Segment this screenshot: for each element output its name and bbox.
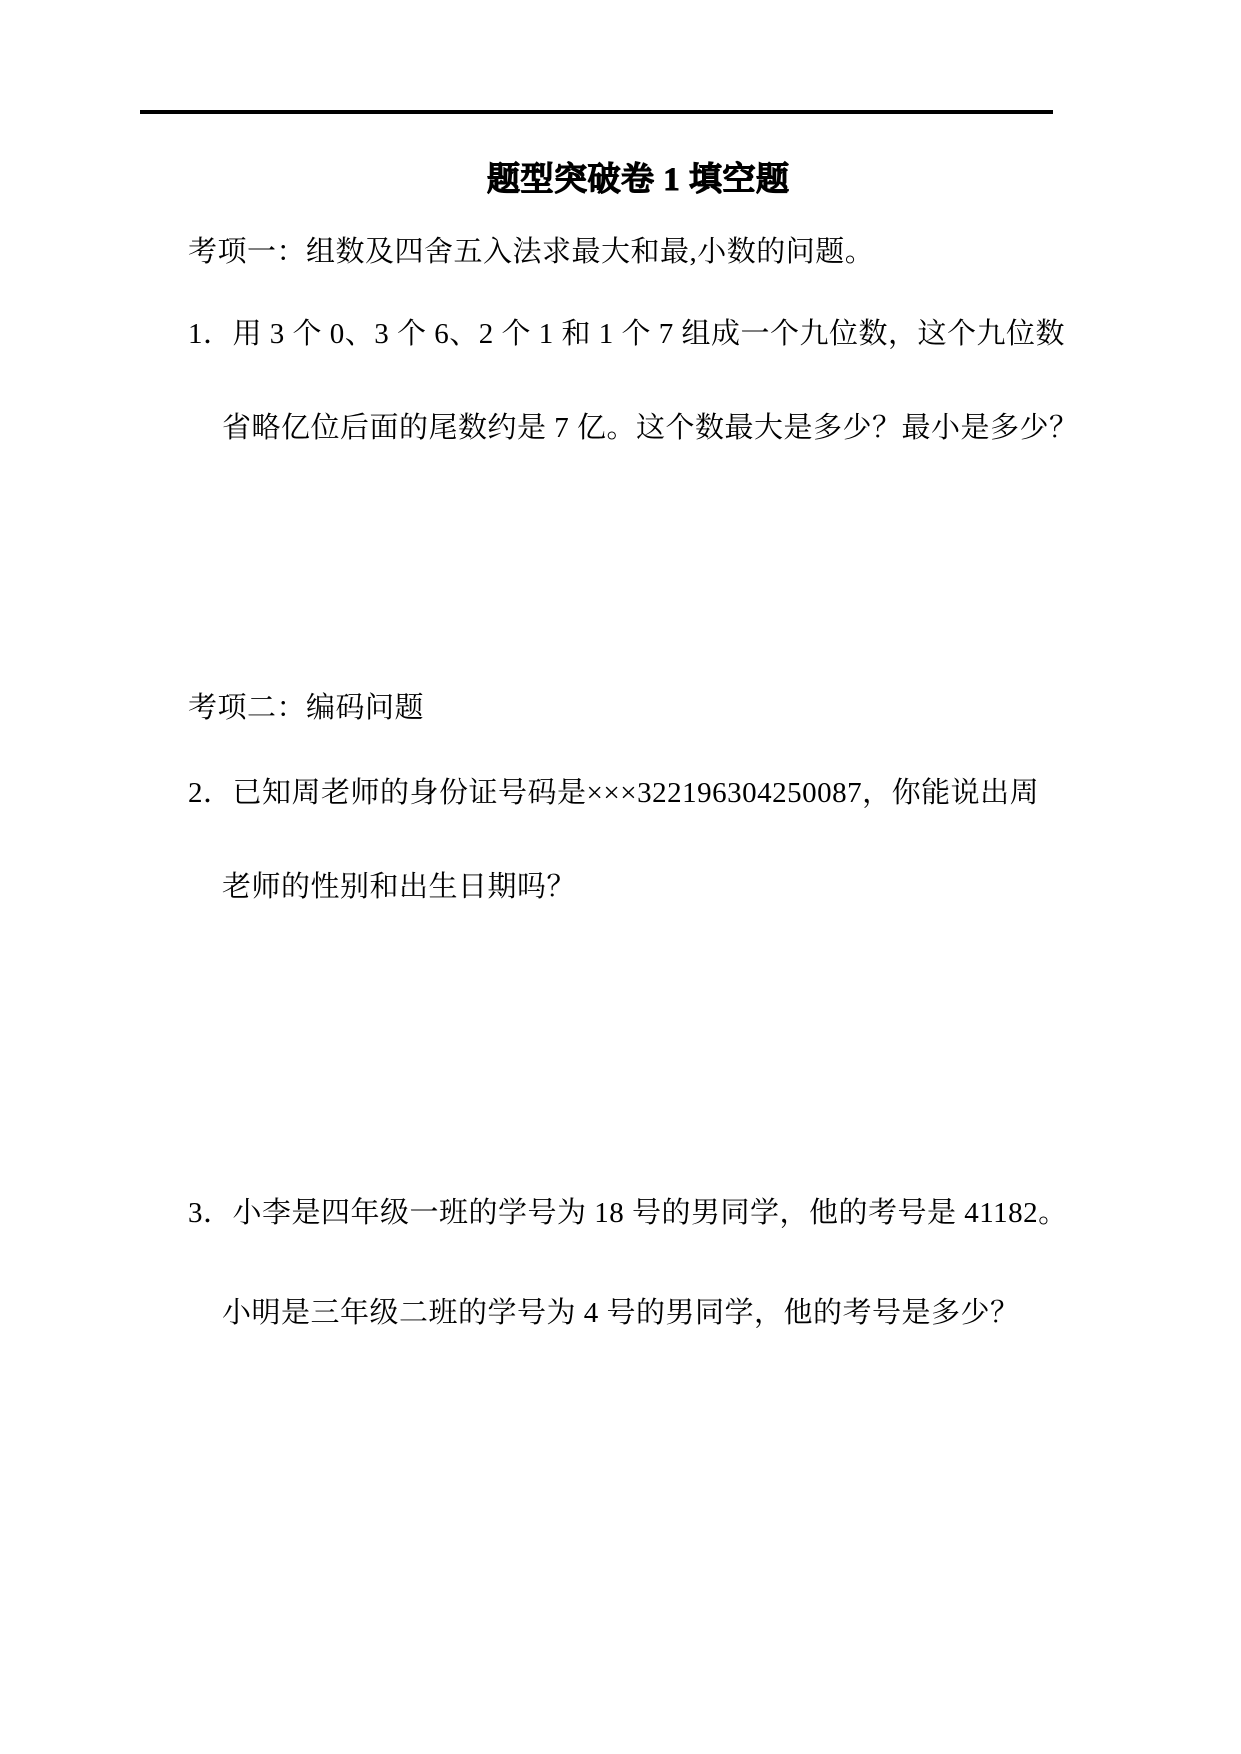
question-3-line-1: 3．小李是四年级一班的学号为 18 号的男同学，他的考号是 41182。	[188, 1197, 1068, 1230]
page-title: 题型突破卷 1 填空题	[487, 162, 790, 198]
question-1-line-2: 省略亿位后面的尾数约是 7 亿。这个数最大是多少？最小是多少？	[222, 412, 1079, 445]
question-1-line-1: 1．用 3 个 0、3 个 6、2 个 1 和 1 个 7 组成一个九位数，这个…	[188, 318, 1065, 351]
question-2-line-2: 老师的性别和出生日期吗？	[222, 871, 576, 904]
section-2-heading: 考项二：编码问题	[188, 692, 424, 725]
header-divider-rule	[140, 110, 1053, 114]
question-2-line-1: 2．已知周老师的身份证号码是×××322196304250087，你能说出周	[188, 777, 1039, 810]
worksheet-page: 题型突破卷 1 填空题 考项一：组数及四舍五入法求最大和最,小数的问题。 1．用…	[0, 0, 1241, 1754]
question-3-line-2: 小明是三年级二班的学号为 4 号的男同学，他的考号是多少？	[222, 1297, 1020, 1330]
section-1-heading: 考项一：组数及四舍五入法求最大和最,小数的问题。	[188, 236, 874, 269]
